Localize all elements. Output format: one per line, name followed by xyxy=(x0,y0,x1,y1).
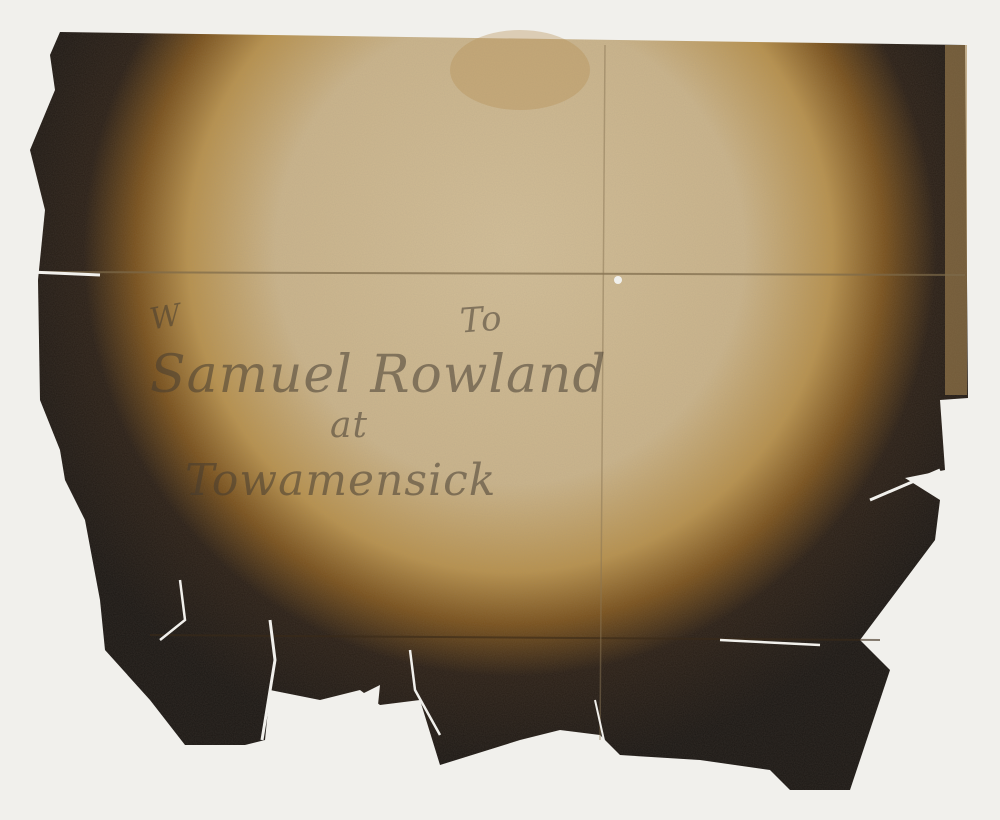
address-preposition: at xyxy=(330,405,368,446)
burnt-paper-image xyxy=(0,0,1000,820)
address-place: Towamensick xyxy=(185,455,496,506)
address-recipient: Samuel Rowland xyxy=(150,345,607,405)
corner-mark: W xyxy=(147,298,184,338)
address-salutation: To xyxy=(459,299,504,342)
document-sheet: W To Samuel Rowland at Towamensick xyxy=(0,0,1000,820)
